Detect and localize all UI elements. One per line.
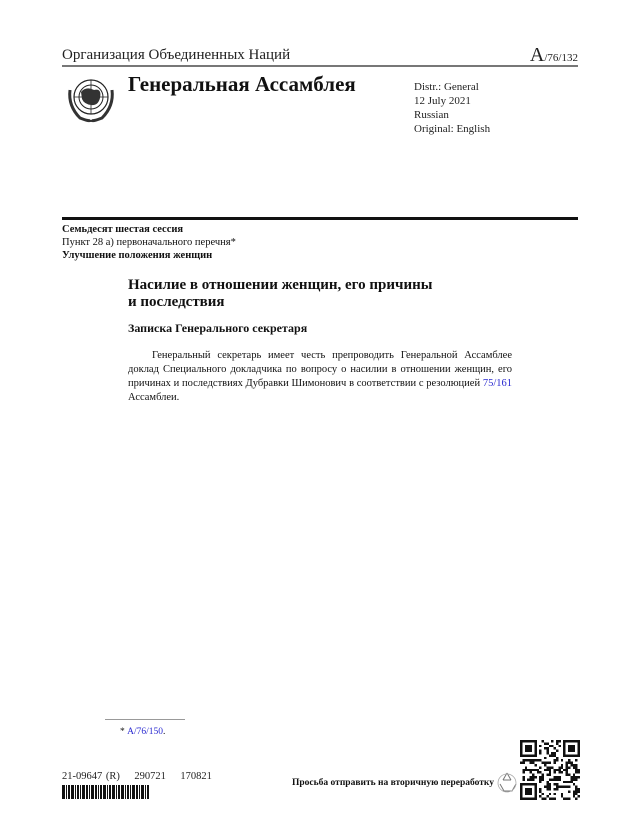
document-title: Насилие в отношении женщин, его причины … (128, 277, 432, 311)
header-rule (62, 65, 578, 67)
job-date-2: 170821 (180, 771, 212, 782)
document-symbol: A/76/132 (530, 44, 578, 67)
symbol-suffix: /76/132 (544, 52, 578, 64)
distr-label: Distr.: General (414, 80, 490, 94)
distr-language: Russian (414, 108, 490, 122)
job-number: 21-09647 (R) (62, 771, 120, 782)
agenda-topic: Улучшение положения женщин (62, 249, 236, 262)
job-number-line: 21-09647 (R) 290721 170821 (62, 771, 212, 782)
title-line-1: Насилие в отношении женщин, его причины (128, 277, 432, 294)
body-name: Генеральная Ассамблея (128, 72, 356, 97)
title-line-2: и последствия (128, 294, 432, 311)
body-paragraph: Генеральный секретарь имеет честь препро… (128, 349, 512, 405)
organization-name: Организация Объединенных Наций (62, 47, 290, 64)
barcode-icon (62, 785, 180, 799)
recycle-icon (495, 770, 519, 794)
distr-date: 12 July 2021 (414, 94, 490, 108)
footnote-marker: * (120, 727, 125, 737)
job-date-1: 290721 (134, 771, 166, 782)
agenda-item: Пункт 28 a) первоначального перечня* (62, 236, 236, 249)
session-block: Семьдесят шестая сессия Пункт 28 a) перв… (62, 223, 236, 262)
session-rule (62, 217, 578, 220)
paragraph-text: Генеральный секретарь имеет честь препро… (128, 350, 512, 389)
un-emblem-icon (64, 72, 118, 126)
symbol-prefix: A (530, 44, 544, 66)
distr-original: Original: English (414, 122, 490, 136)
footnote-end: . (163, 727, 165, 737)
distribution-block: Distr.: General 12 July 2021 Russian Ori… (414, 80, 490, 136)
footnote-link[interactable]: A/76/150 (127, 727, 163, 737)
resolution-link[interactable]: 75/161 (483, 378, 512, 389)
footnote: * A/76/150. (120, 727, 165, 737)
recycle-text: Просьба отправить на вторичную переработ… (292, 778, 494, 788)
paragraph-text-end: Ассамблеи. (128, 392, 179, 403)
document-subtitle: Записка Генерального секретаря (128, 321, 307, 336)
qr-code-icon (520, 740, 580, 800)
session-name: Семьдесят шестая сессия (62, 223, 236, 236)
footnote-rule (105, 719, 185, 720)
